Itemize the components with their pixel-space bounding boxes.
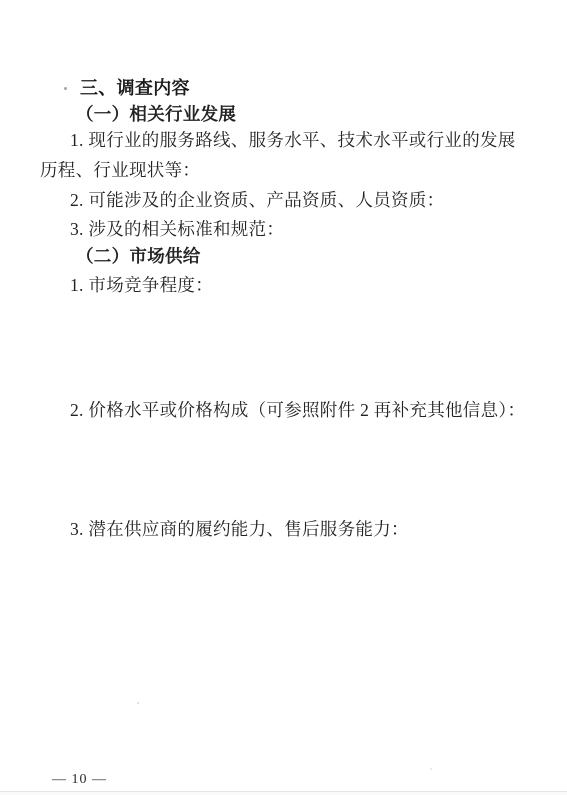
paragraph-line: 2. 价格水平或价格构成（可参照附件 2 再补充其他信息）： — [70, 402, 525, 420]
section-heading: 三、调查内容 — [80, 79, 190, 97]
paragraph-line: 1. 市场竞争程度： — [70, 277, 213, 295]
scan-edge-line — [0, 791, 567, 795]
scan-speck — [137, 702, 139, 704]
paragraph-line: 历程、行业现状等： — [40, 162, 200, 180]
page-number: — 10 — — [52, 773, 107, 787]
paragraph-line: 2. 可能涉及的企业资质、产品资质、人员资质： — [70, 192, 444, 210]
document-page: 三、调查内容 （一）相关行业发展 1. 现行业的服务路线、服务水平、技术水平或行… — [0, 0, 567, 795]
subsection-title-2: （二）市场供给 — [76, 248, 201, 266]
subsection-title-1: （一）相关行业发展 — [76, 106, 236, 124]
scan-speck — [430, 768, 432, 770]
paragraph-line: 1. 现行业的服务路线、服务水平、技术水平或行业的发展 — [70, 132, 516, 150]
scan-speck — [64, 87, 67, 90]
paragraph-line: 3. 潜在供应商的履约能力、售后服务能力： — [70, 521, 409, 539]
paragraph-line: 3. 涉及的相关标准和规范： — [70, 221, 284, 239]
